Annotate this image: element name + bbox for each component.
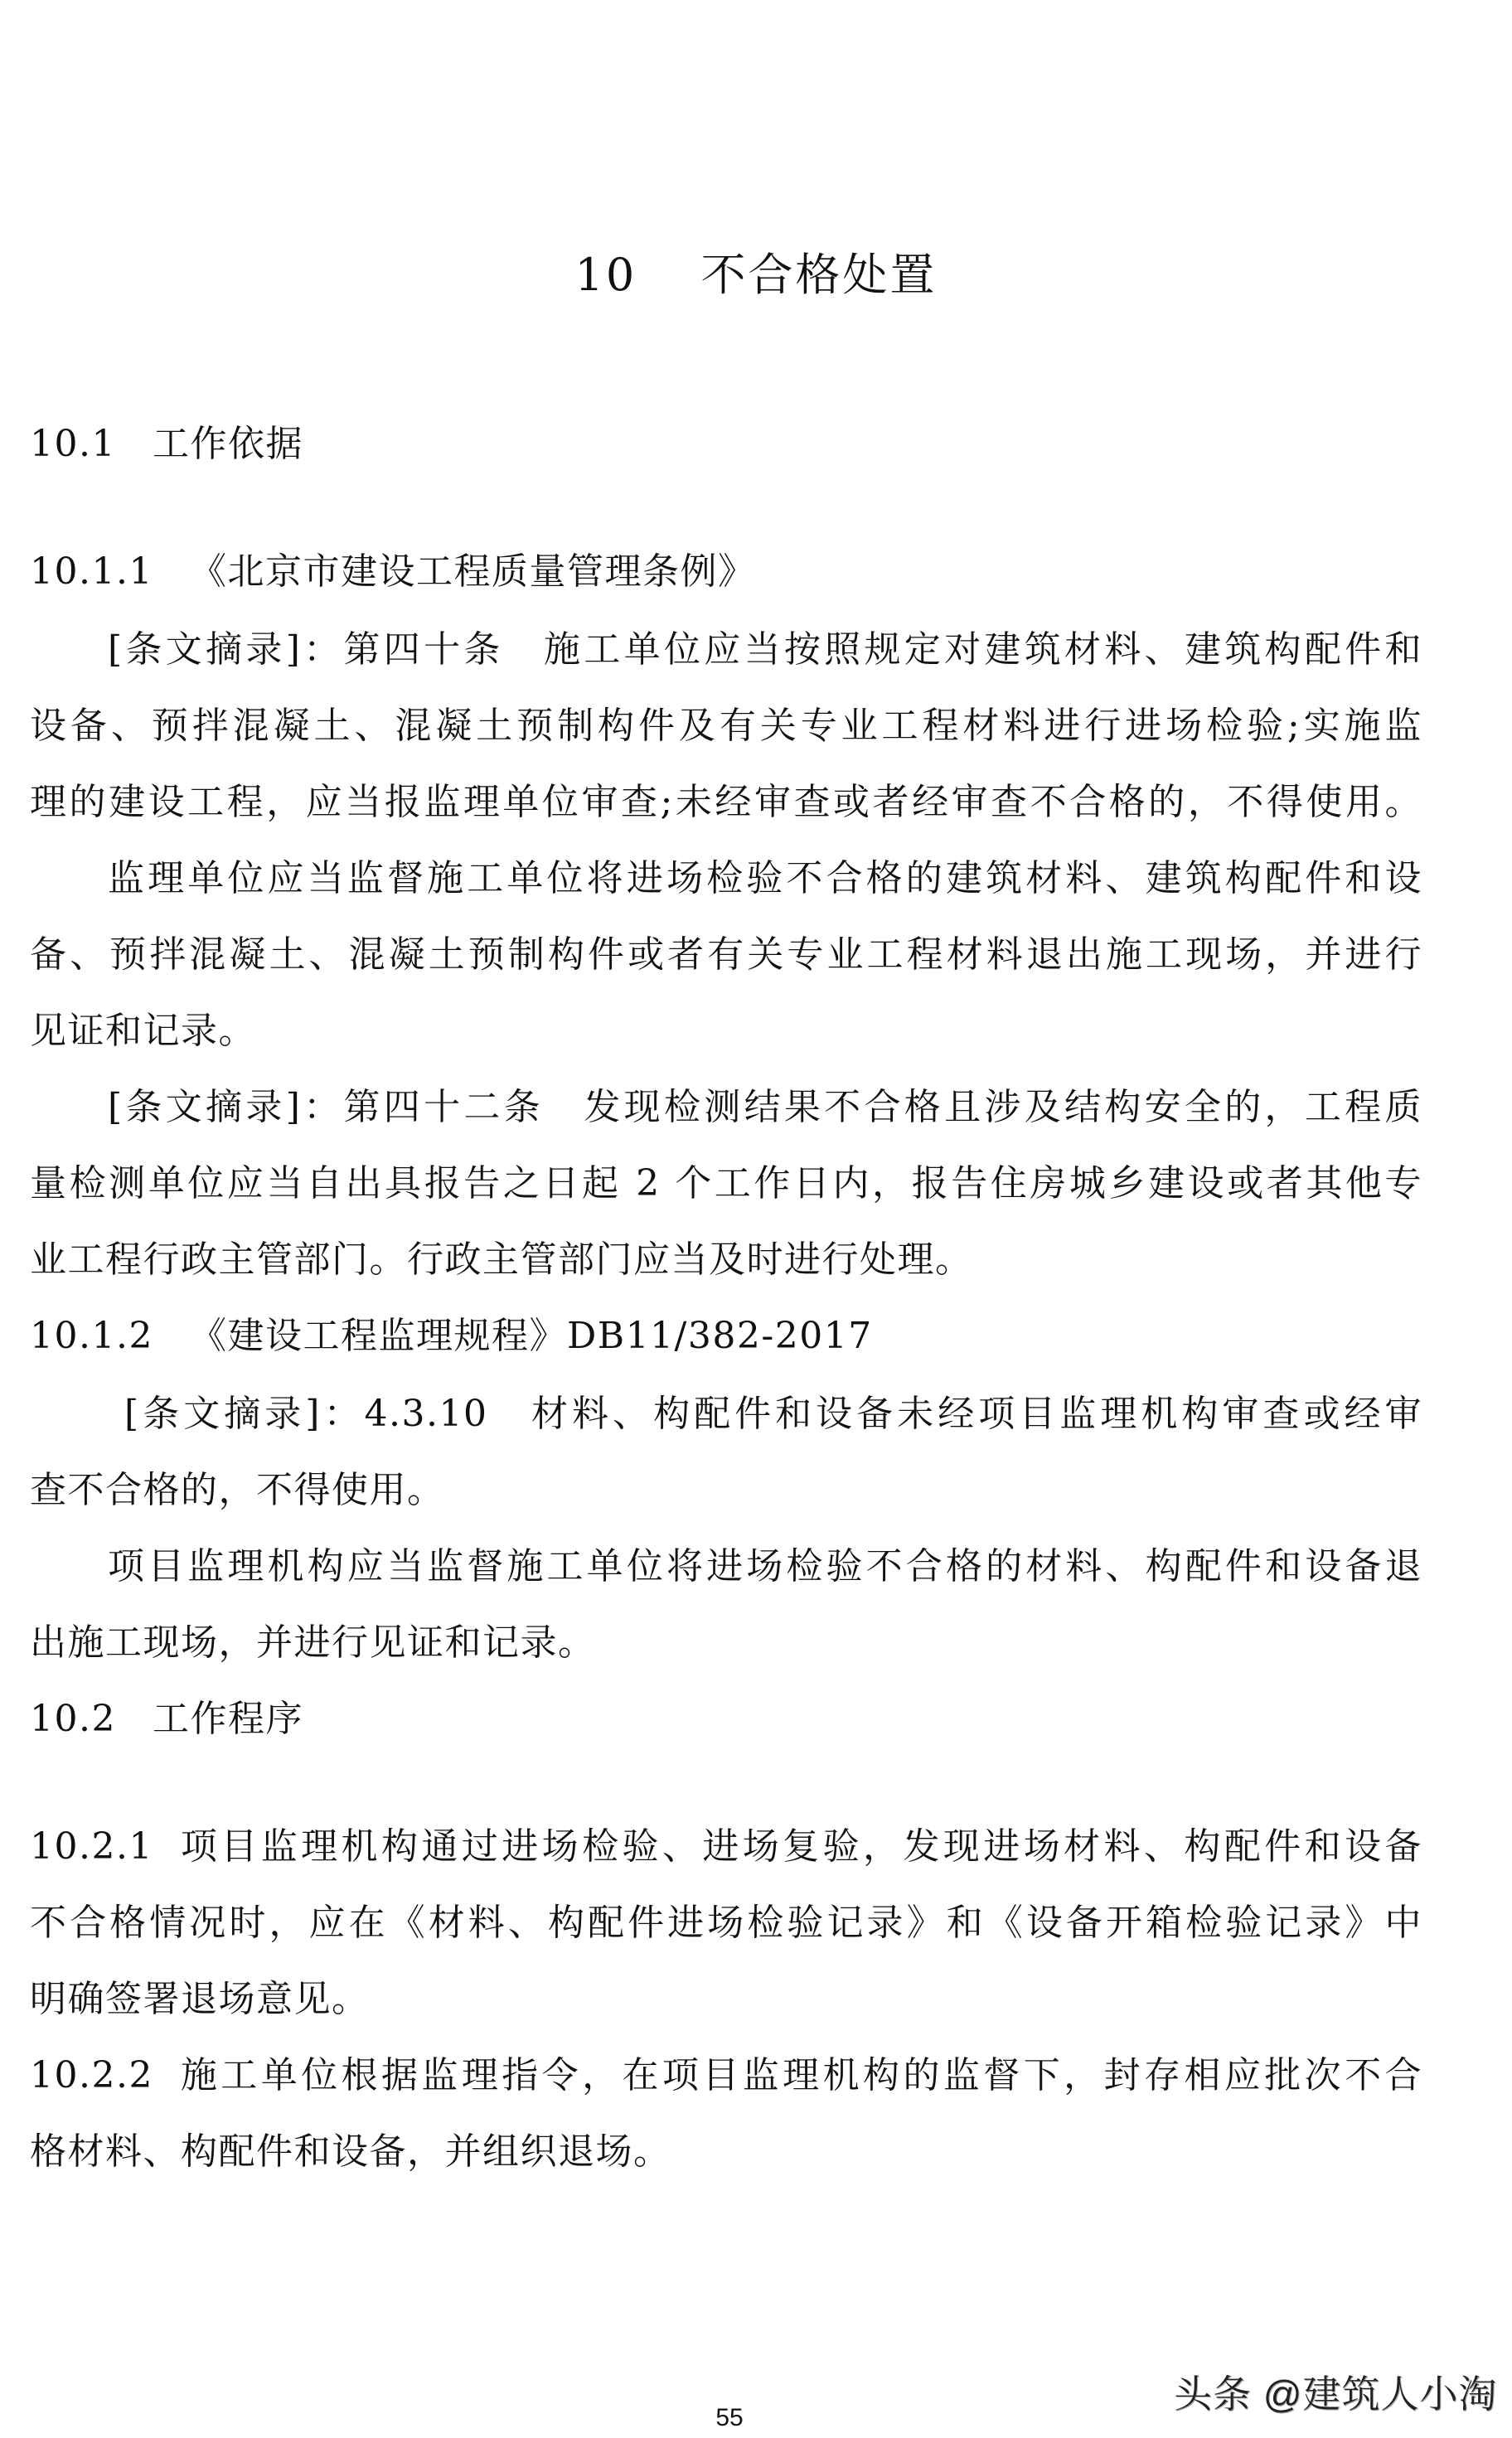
- body-line: 设备、预拌混凝土、混凝土预制构件及有关专业工程材料进行进场检验;实施监: [30, 705, 1422, 748]
- chapter-title-text: 不合格处置: [700, 249, 937, 301]
- clause-title: 《北京市建设工程质量管理条例》: [190, 550, 756, 593]
- clause-number: 10.2.2: [30, 2054, 153, 2097]
- body-line: 监理单位应当监督施工单位将进场检验不合格的建筑材料、建筑构配件和设: [108, 857, 1422, 900]
- body-line: [条文摘录]：第四十条 施工单位应当按照规定对建筑材料、建筑构配件和: [108, 628, 1422, 671]
- clause-heading-10-1-1: 10.1.1《北京市建设工程质量管理条例》: [30, 550, 1422, 594]
- section-heading-10-1: 10.1工作依据: [30, 423, 1422, 466]
- body-line: 出施工现场，并进行见证和记录。: [30, 1621, 1422, 1665]
- body-text: 施工单位根据监理指令，在项目监理机构的监督下，封存相应批次不合: [178, 2054, 1422, 2096]
- clause-number: 10.2.1: [30, 1825, 153, 1868]
- body-line: 项目监理机构应当监督施工单位将进场检验不合格的材料、构配件和设备退: [108, 1545, 1422, 1588]
- body-text: 项目监理机构通过进场检验、进场复验，发现进场材料、构配件和设备: [178, 1825, 1422, 1868]
- section-number: 10.2: [30, 1698, 116, 1741]
- body-line: 见证和记录。: [30, 1010, 1422, 1053]
- section-heading-10-2: 10.2工作程序: [30, 1698, 1422, 1741]
- page-number: 55: [705, 2404, 754, 2432]
- body-line: [条文摘录]：4.3.10 材料、构配件和设备未经项目监理机构审查或经审: [124, 1393, 1422, 1436]
- clause-10-2-1-line: 10.2.1项目监理机构通过进场检验、进场复验，发现进场材料、构配件和设备: [30, 1825, 1422, 1868]
- chapter-title: 10 不合格处置: [0, 249, 1512, 302]
- watermark: 头条 @建筑人小淘: [1174, 2364, 1497, 2419]
- clause-heading-10-1-2: 10.1.2《建设工程监理规程》DB11/382-2017: [30, 1315, 1422, 1358]
- body-line: 明确签署退场意见。: [30, 1978, 1422, 2021]
- body-line: 格材料、构配件和设备，并组织退场。: [30, 2130, 1422, 2174]
- body-line: 查不合格的，不得使用。: [30, 1469, 1422, 1512]
- section-title: 工作程序: [153, 1698, 303, 1740]
- body-line: 业工程行政主管部门。行政主管部门应当及时进行处理。: [30, 1238, 1422, 1282]
- clause-number: 10.1.1: [30, 550, 153, 594]
- body-line: 备、预拌混凝土、混凝土预制构件或者有关专业工程材料退出施工现场，并进行: [30, 933, 1422, 977]
- body-line: 理的建设工程，应当报监理单位审查;未经审查或者经审查不合格的，不得使用。: [30, 781, 1422, 824]
- clause-number: 10.1.2: [30, 1315, 153, 1358]
- clause-10-2-2-line: 10.2.2施工单位根据监理指令，在项目监理机构的监督下，封存相应批次不合: [30, 2054, 1422, 2097]
- chapter-number: 10: [575, 249, 637, 301]
- section-number: 10.1: [30, 423, 116, 466]
- body-line: 不合格情况时，应在《材料、构配件进场检验记录》和《设备开箱检验记录》中: [30, 1902, 1422, 1945]
- body-line: [条文摘录]：第四十二条 发现检测结果不合格且涉及结构安全的，工程质: [108, 1086, 1422, 1129]
- body-line: 量检测单位应当自出具报告之日起 2 个工作日内，报告住房城乡建设或者其他专: [30, 1162, 1422, 1205]
- section-title: 工作依据: [153, 423, 303, 465]
- clause-title: 《建设工程监理规程》DB11/382-2017: [190, 1315, 873, 1357]
